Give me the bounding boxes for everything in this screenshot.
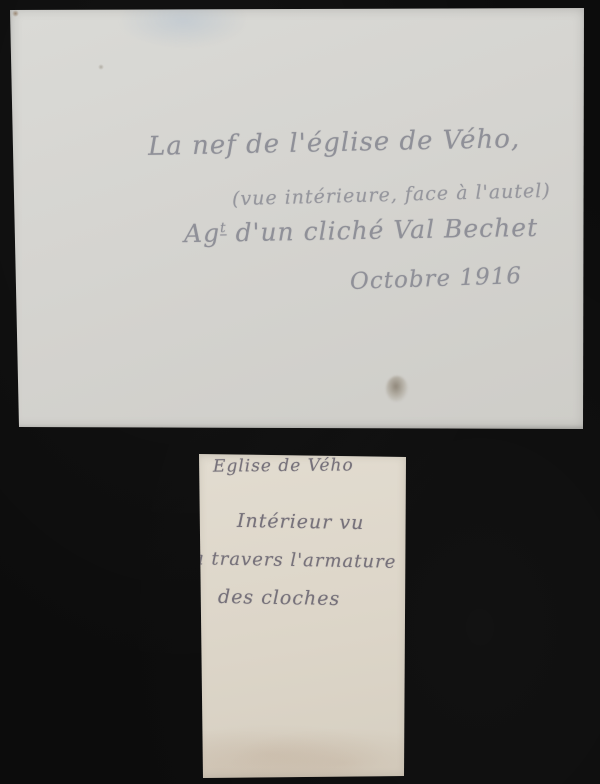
blue-smudge	[118, 2, 248, 48]
note-paper: Eglise de Vého Intérieur vu à travers l'…	[197, 454, 407, 778]
photo-mount-background: La nef de l'église de Vého, (vue intérie…	[0, 0, 600, 784]
caption-line-2: (vue intérieure, face à l'autel)	[232, 180, 551, 210]
note-title: Eglise de Vého	[213, 455, 354, 476]
caption-line-3: Agt d'un cliché Val Bechet	[184, 213, 539, 248]
note-line-3: des cloches	[218, 586, 341, 610]
caption-line-3-rest: d'un cliché Val Bechet	[226, 213, 538, 247]
caption-card: La nef de l'église de Vého, (vue intérie…	[10, 8, 585, 429]
brown-stain	[386, 376, 408, 402]
note-line-2: à travers l'armature	[193, 548, 397, 573]
caption-line-3-prefix: Ag	[184, 218, 221, 248]
corner-speck	[12, 10, 19, 17]
caption-line-1: La nef de l'église de Vého,	[148, 124, 521, 162]
note-smudges	[197, 718, 407, 778]
caption-date: Octobre 1916	[350, 263, 523, 295]
note-line-1: Intérieur vu	[237, 510, 365, 534]
small-speck	[98, 64, 104, 70]
